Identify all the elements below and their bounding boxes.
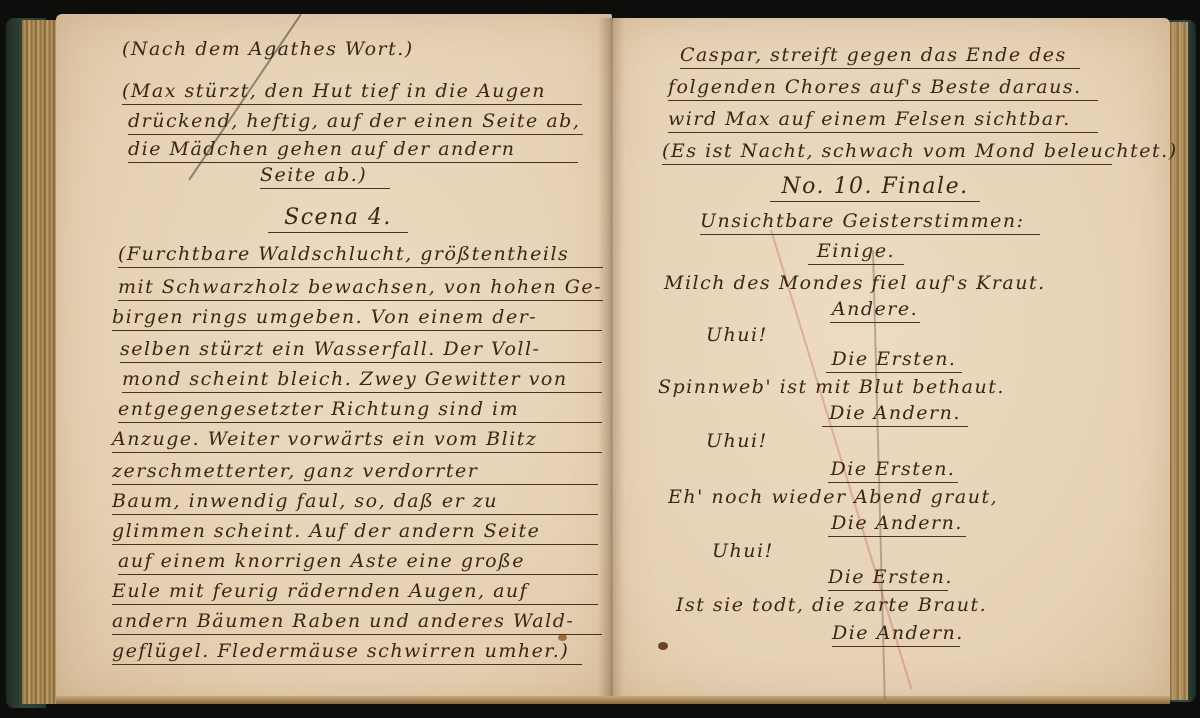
text-line: Seite ab.) [260,164,390,189]
speaker-label: Die Ersten. [826,348,962,373]
text-line: Uhui! [712,540,774,562]
text-line: die Mädchen gehen auf der andern [128,138,578,163]
speaker-label: Die Andern. [832,622,960,647]
text-line: zerschmetterter, ganz verdorrter [112,460,598,485]
text-line: andern Bäumen Raben und anderes Wald- [112,610,602,635]
text-line: Unsichtbare Geisterstimmen: [700,210,1040,235]
text-line: (Es ist Nacht, schwach vom Mond beleucht… [662,140,1112,165]
text-line: entgegengesetzter Richtung sind im [118,398,602,423]
text-line: Uhui! [706,430,768,452]
text-line: Milch des Mondes fiel auf's Kraut. [664,272,1046,294]
text-line: wird Max auf einem Felsen sichtbar. [668,108,1098,133]
speaker-label: Andere. [830,298,920,323]
text-line: mond scheint bleich. Zwey Gewitter von [122,368,602,393]
text-line: drückend, heftig, auf der einen Seite ab… [128,110,583,135]
finale-heading: No. 10. Finale. [770,174,980,202]
text-line: mit Schwarzholz bewachsen, von hohen Ge- [118,276,603,301]
text-line: Eh' noch wieder Abend graut, [668,486,998,508]
page-bottom-edge [56,696,1170,704]
ink-stain [658,642,668,650]
speaker-label: Die Andern. [822,402,968,427]
speaker-label: Die Ersten. [828,566,948,591]
text-line: Eule mit feurig rädernden Augen, auf [112,580,598,605]
speaker-label: Die Andern. [828,512,966,537]
text-line: folgenden Chores auf's Beste daraus. [668,76,1098,101]
text-line: (Max stürzt, den Hut tief in die Augen [122,80,582,105]
text-line: Caspar, streift gegen das Ende des [680,44,1080,69]
text-line: birgen rings umgeben. Von einem der- [112,306,602,331]
text-line: Uhui! [706,324,768,346]
text-line: (Nach dem Agathes Wort.) [122,38,414,60]
text-line: Baum, inwendig faul, so, daß er zu [112,490,598,515]
text-line: Ist sie todt, die zarte Braut. [676,594,987,616]
scene-heading: Scena 4. [268,205,408,233]
text-line: auf einem knorrigen Aste eine große [118,550,598,575]
page-edges-right [1168,22,1188,700]
speaker-label: Die Ersten. [828,458,958,483]
text-line: Spinnweb' ist mit Blut bethaut. [658,376,1005,398]
text-line: glimmen scheint. Auf der andern Seite [112,520,598,545]
text-line: selben stürzt ein Wasserfall. Der Voll- [120,338,602,363]
text-line: geflügel. Fledermäuse schwirren umher.) [112,640,582,665]
text-line: (Furchtbare Waldschlucht, größtentheils [118,243,603,268]
speaker-label: Einige. [808,240,904,265]
text-line: Anzuge. Weiter vorwärts ein vom Blitz [112,428,602,453]
